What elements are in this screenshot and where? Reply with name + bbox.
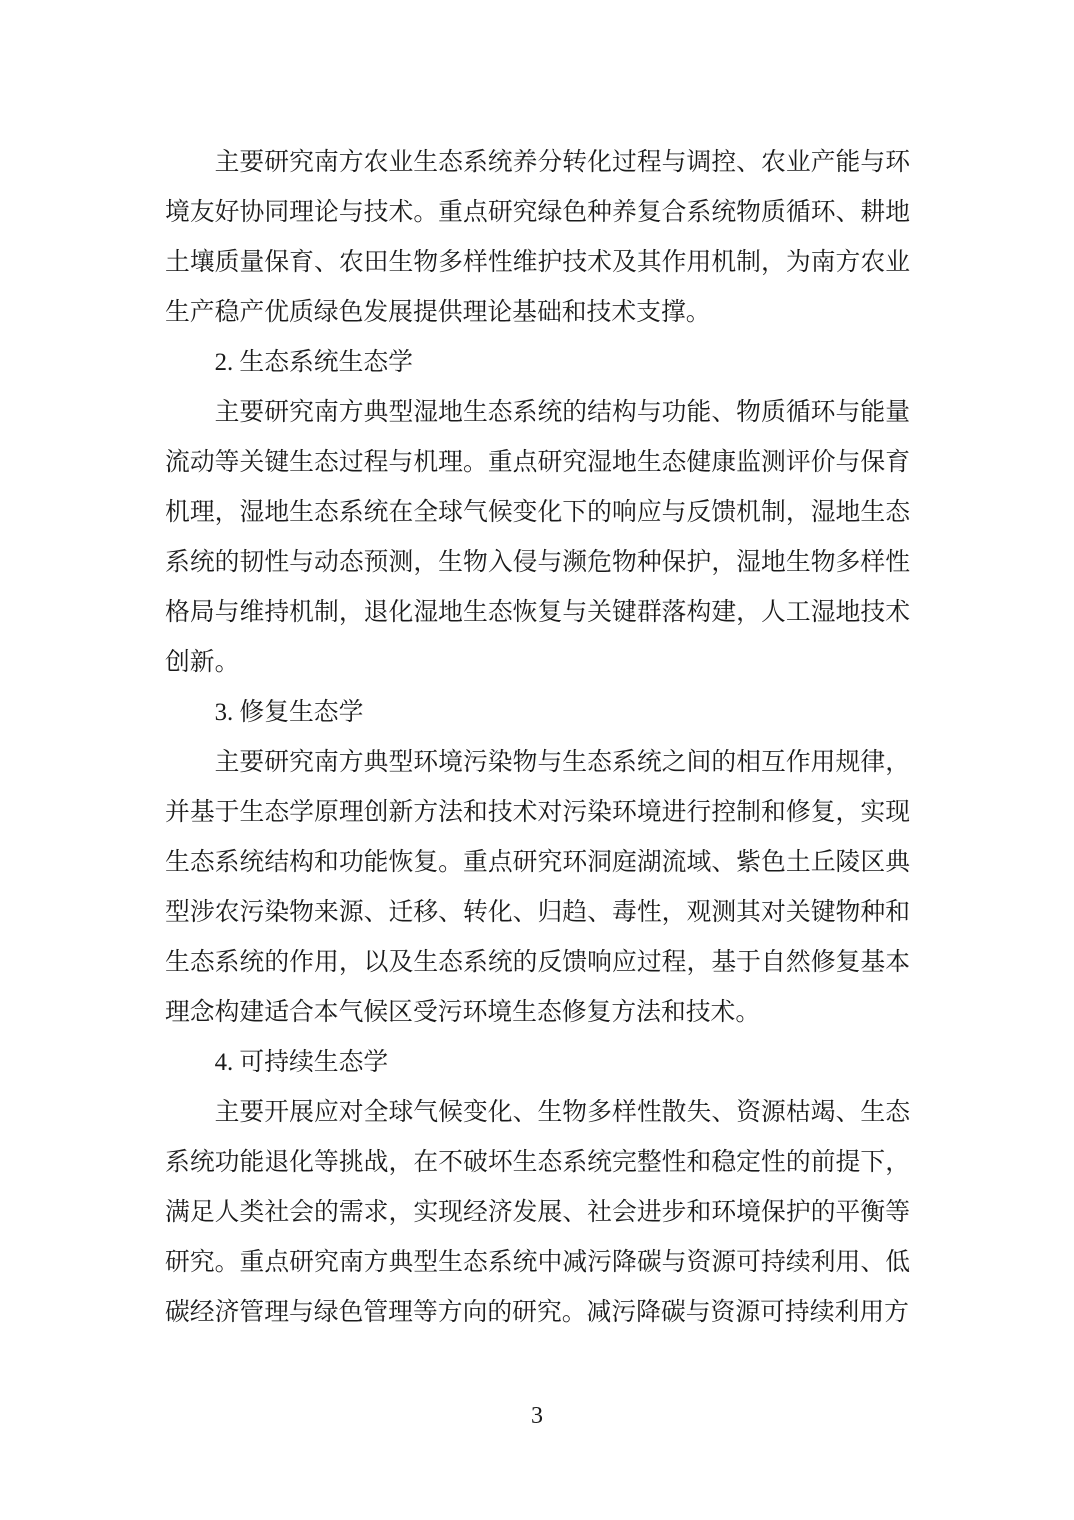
body-paragraph: 主要研究南方典型环境污染物与生态系统之间的相互作用规律，并基于生态学原理创新方法… (165, 738, 910, 1038)
section-heading: 3. 修复生态学 (165, 688, 910, 738)
section-heading: 4. 可持续生态学 (165, 1038, 910, 1088)
body-paragraph: 主要开展应对全球气候变化、生物多样性散失、资源枯竭、生态系统功能退化等挑战，在不… (165, 1088, 910, 1338)
page-footer: 3 (0, 1400, 1074, 1432)
section-heading: 2. 生态系统生态学 (165, 338, 910, 388)
document-body: 主要研究南方农业生态系统养分转化过程与调控、农业产能与环境友好协同理论与技术。重… (165, 138, 910, 1338)
page-number: 3 (531, 1403, 543, 1429)
body-paragraph: 主要研究南方农业生态系统养分转化过程与调控、农业产能与环境友好协同理论与技术。重… (165, 138, 910, 338)
document-page: 主要研究南方农业生态系统养分转化过程与调控、农业产能与环境友好协同理论与技术。重… (0, 0, 1074, 1520)
body-paragraph: 主要研究南方典型湿地生态系统的结构与功能、物质循环与能量流动等关键生态过程与机理… (165, 388, 910, 688)
